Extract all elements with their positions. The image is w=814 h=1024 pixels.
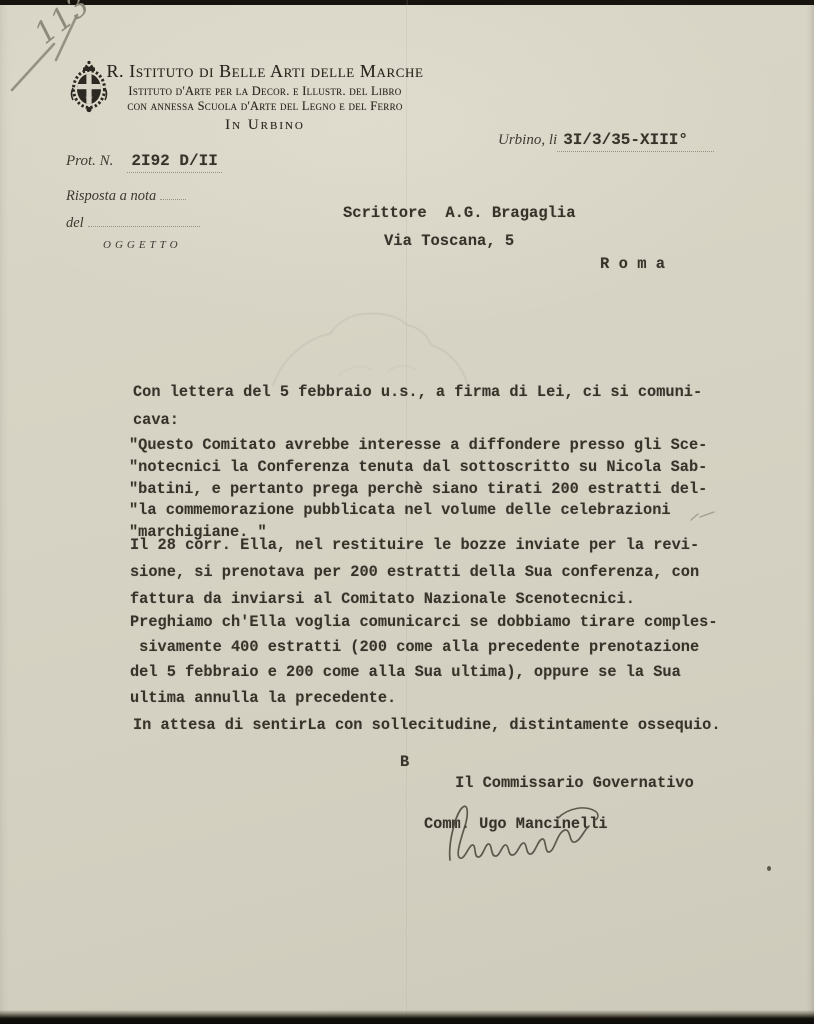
body-paragraph-quote: "Questo Comitato avrebbe interesse a dif… [129,435,707,544]
protocol-line: Prot. N.2I92 D/II [66,152,222,170]
subject-label: OGGETTO [103,239,182,251]
ink-speck [767,866,771,871]
scanned-letter-page: 113 R. Istituto di Belle Arti delle Marc… [0,0,814,1024]
letterhead-line-1: R. Istituto di Belle Arti delle Marche [100,62,430,81]
recipient-city: R o m a [600,255,665,273]
letterhead-line-3: con annessa Scuola d'Arte del Legno e de… [100,99,430,113]
body-paragraph-3: Il 28 corr. Ella, nel restituire le bozz… [130,532,699,612]
date-label: Urbino, li [498,132,557,148]
date-value: 3I/3/35-XIII° [557,131,714,152]
typewriter-overstrike: B [400,752,409,773]
reply-note-label: Risposta a nota [66,188,156,204]
body-paragraph-4: Preghiamo ch'Ella voglia comunicarci se … [130,610,718,711]
recipient-street: Via Toscana, 5 [384,232,514,250]
reply-date-label: del [66,215,84,231]
reply-note-line: Risposta a nota [66,186,186,205]
protocol-label: Prot. N. [66,153,113,169]
reply-date-line: del [66,213,200,232]
dotted-rule [160,186,186,200]
body-closing-line: In attesa di sentirLa con sollecitudine,… [133,712,721,739]
dotted-rule [88,213,200,227]
body-paragraph-1: Con lettera del 5 febbraio u.s., a firma… [133,379,702,434]
letterhead-line-2: Istituto d'Arte per la Decor. e Illustr.… [100,84,430,98]
date-line: Urbino, li3I/3/35-XIII° [498,131,714,149]
protocol-value: 2I92 D/II [127,152,221,173]
page-edge-bottom [0,1010,814,1024]
faint-pencil-mark [690,509,716,523]
handwritten-signature [438,798,613,864]
letterhead-line-4: In Urbino [100,117,430,133]
letterhead: R. Istituto di Belle Arti delle Marche I… [100,62,430,133]
recipient-name: Scrittore A.G. Bragaglia [343,204,576,222]
